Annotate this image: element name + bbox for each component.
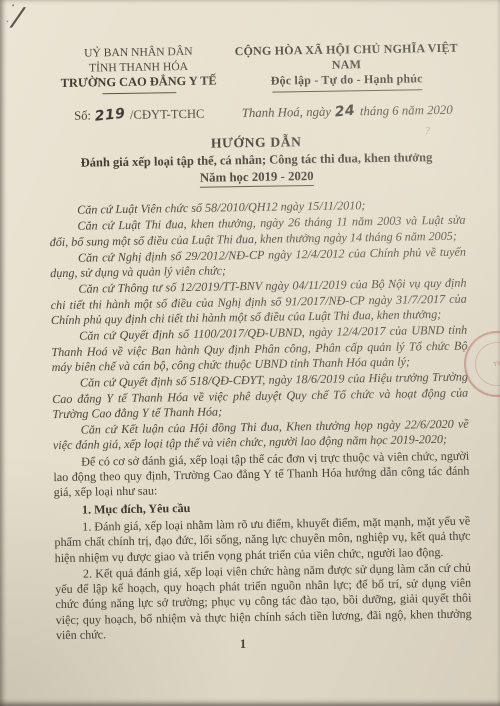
doc-number-handwritten: 219 bbox=[93, 106, 127, 125]
document-meta-row: Số: 219 /CĐYT-TCHC Thanh Hoá, ngày 24 th… bbox=[48, 102, 464, 125]
page-number: 1 bbox=[0, 637, 486, 652]
national-motto: Độc lập - Tự do - Hạnh phúc bbox=[271, 71, 423, 87]
document-content: UỶ BAN NHÂN DÂN TỈNH THANH HÓA TRƯỜNG CA… bbox=[0, 0, 500, 645]
national-line1: CỘNG HÒA XÃ HỘI CHỦ NGHĨA VIỆT NAM bbox=[230, 41, 463, 75]
document-body: Căn cứ Luật Viên chức số 58/2010/QH12 ng… bbox=[49, 197, 472, 644]
dateline-suffix: tháng 6 năm 2020 bbox=[360, 103, 453, 118]
issuer-block: UỶ BAN NHÂN DÂN TỈNH THANH HÓA TRƯỜNG CA… bbox=[47, 44, 231, 96]
document-title-block: HƯỚNG DẪN Đánh giá xếp loại tập thể, cá … bbox=[48, 132, 465, 191]
dateline: Thanh Hoá, ngày 24 tháng 6 năm 2020 bbox=[231, 102, 464, 122]
issuer-underline bbox=[102, 92, 176, 94]
document-header: UỶ BAN NHÂN DÂN TỈNH THANH HÓA TRƯỜNG CA… bbox=[47, 41, 464, 97]
faint-pencil-mark: ? bbox=[425, 125, 431, 137]
dateline-prefix: Thanh Hoá, ngày bbox=[242, 105, 331, 120]
doc-number-label: Số: bbox=[74, 108, 91, 122]
body-paragraph: Căn cứ Thông tư số 12/2019/TT-BNV ngày 0… bbox=[50, 276, 467, 328]
document-number: Số: 219 /CĐYT-TCHC bbox=[48, 105, 231, 124]
doc-number-suffix: /CĐYT-TCHC bbox=[130, 107, 205, 122]
body-paragraph: Để có cơ sở đánh giá, xếp loại tập thể c… bbox=[53, 448, 470, 500]
red-stamp-inner-ring: TY bbox=[471, 338, 500, 390]
body-paragraph: Căn cứ Quyết định số 1100/2017/QĐ-UBND, … bbox=[51, 323, 468, 375]
body-paragraph: 1. Đánh giá, xếp loại nhằm làm rõ ưu điể… bbox=[54, 514, 471, 566]
body-paragraph: Căn cứ Luật Thi đua, khen thưởng, ngày 2… bbox=[49, 213, 465, 250]
body-paragraph: Căn cứ Quyết định số 518/QĐ-CĐYT, ngày 1… bbox=[52, 370, 469, 422]
body-paragraph: 2. Kết quả đánh giá, xếp loại viên chức … bbox=[55, 560, 472, 643]
school-year-line: Năm học 2019 - 2020 bbox=[200, 169, 314, 188]
body-paragraph: Căn cứ Nghị định số 29/2012/NĐ-CP ngày 1… bbox=[50, 244, 466, 281]
motto-underline bbox=[272, 89, 422, 92]
dateline-day-handwritten: 24 bbox=[333, 102, 357, 120]
body-paragraph: Căn cứ Kết luận của Hội đồng Thi đua, Kh… bbox=[53, 417, 469, 454]
national-motto-block: CỘNG HÒA XÃ HỘI CHỦ NGHĨA VIỆT NAM Độc l… bbox=[230, 41, 464, 94]
issuer-org-name: TRƯỜNG CAO ĐẲNG Y TẾ bbox=[47, 73, 230, 90]
national-title: CỘNG HÒA XÃ HỘI CHỦ NGHĨA VIỆT NAM bbox=[235, 41, 458, 72]
national-line2: Độc lập - Tự do - Hạnh phúc bbox=[230, 71, 463, 90]
scanned-document-page: / UỶ BAN NHÂN DÂN TỈNH THANH HÓA TRƯỜNG … bbox=[0, 0, 500, 706]
